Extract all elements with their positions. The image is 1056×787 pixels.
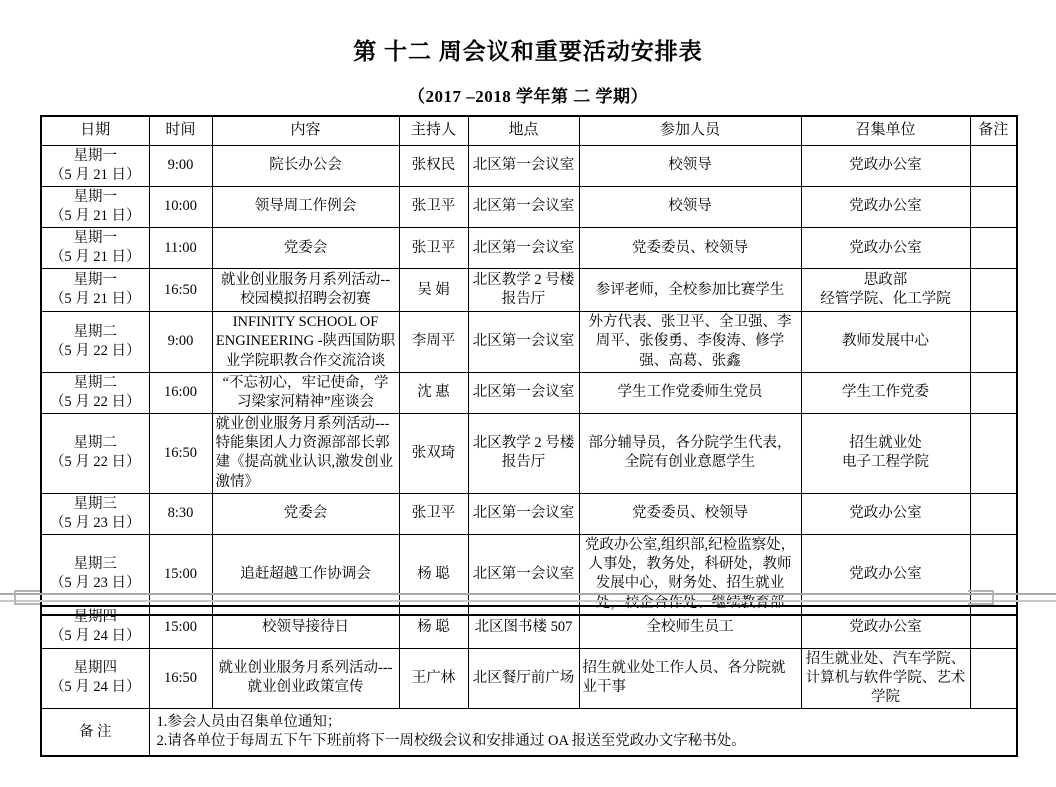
convener-cell: 招生就业处 电子工程学院 bbox=[801, 413, 970, 493]
date-cell: 星期四（5 月 24 日） bbox=[41, 648, 149, 708]
table-row: 星期四（5 月 24 日）16:50就业创业服务月系列活动---就业创业政策宣传… bbox=[41, 648, 1017, 708]
table-row: 星期一（5 月 21 日）11:00党委会张卫平北区第一会议室党委委员、校领导党… bbox=[41, 228, 1017, 269]
date-cell: 星期一（5 月 21 日） bbox=[41, 186, 149, 227]
location-cell: 北区第一会议室 bbox=[468, 186, 579, 227]
page-break-right-bracket bbox=[968, 590, 994, 605]
header-row: 日期时间内容主持人地点参加人员召集单位备注 bbox=[41, 116, 1017, 145]
table-row: 星期三（5 月 23 日）8:30党委会张卫平北区第一会议室党委委员、校领导党政… bbox=[41, 493, 1017, 534]
participants-cell: 招生就业处工作人员、各分院就业干事 bbox=[579, 648, 801, 708]
convener-cell: 党政办公室 bbox=[801, 493, 970, 534]
remark-line: 2.请各单位于每周五下午下班前将下一周校级会议和安排通过 OA 报送至党政办文字… bbox=[157, 732, 1014, 751]
convener-cell: 党政办公室 bbox=[801, 228, 970, 269]
table-row: 星期二（5 月 22 日）16:50就业创业服务月系列活动---特能集团人力资源… bbox=[41, 413, 1017, 493]
note-cell bbox=[970, 372, 1017, 413]
participants-cell: 党委委员、校领导 bbox=[579, 493, 801, 534]
date-cell: 星期一（5 月 21 日） bbox=[41, 145, 149, 186]
date-text: （5 月 21 日） bbox=[45, 290, 146, 309]
page-break-left-bracket bbox=[14, 590, 40, 605]
content-cell: 党委会 bbox=[212, 493, 399, 534]
weekday-text: 星期四 bbox=[45, 608, 146, 627]
note-cell bbox=[970, 312, 1017, 372]
date-text: （5 月 22 日） bbox=[45, 393, 146, 412]
note-cell bbox=[970, 228, 1017, 269]
page-subtitle: （2017 –2018 学年第 二 学期） bbox=[0, 82, 1056, 107]
schedule-table-page1: 日期时间内容主持人地点参加人员召集单位备注 星期一（5 月 21 日）9:00院… bbox=[40, 115, 1018, 616]
note-cell bbox=[970, 186, 1017, 227]
content-cell: 党委会 bbox=[212, 228, 399, 269]
weekday-text: 星期一 bbox=[45, 188, 146, 207]
host-cell: 李周平 bbox=[399, 312, 468, 372]
location-cell: 北区教学 2 号楼 报告厅 bbox=[468, 269, 579, 312]
document-page: 第 十二 周会议和重要活动安排表 （2017 –2018 学年第 二 学期） 日… bbox=[0, 0, 1056, 787]
header-cell: 备注 bbox=[970, 116, 1017, 145]
weekday-text: 星期三 bbox=[45, 495, 146, 514]
date-text: （5 月 22 日） bbox=[45, 453, 146, 472]
date-text: （5 月 23 日） bbox=[45, 514, 146, 533]
convener-cell: 教师发展中心 bbox=[801, 312, 970, 372]
table-row: 星期三（5 月 23 日）15:00追赶超越工作协调会杨 聪北区第一会议室党政办… bbox=[41, 535, 1017, 615]
weekday-text: 星期三 bbox=[45, 555, 146, 574]
remark-content: 1.参会人员由召集单位通知；2.请各单位于每周五下午下班前将下一周校级会议和安排… bbox=[149, 708, 1017, 756]
host-cell: 张双琦 bbox=[399, 413, 468, 493]
host-cell: 杨 聪 bbox=[399, 535, 468, 615]
page-title: 第 十二 周会议和重要活动安排表 bbox=[0, 33, 1056, 66]
participants-cell: 全校师生员工 bbox=[579, 606, 801, 648]
page-break-line-bottom bbox=[0, 600, 1056, 602]
time-cell: 9:00 bbox=[149, 312, 212, 372]
time-cell: 11:00 bbox=[149, 228, 212, 269]
note-cell bbox=[970, 413, 1017, 493]
time-cell: 16:00 bbox=[149, 372, 212, 413]
remark-row: 备 注1.参会人员由召集单位通知；2.请各单位于每周五下午下班前将下一周校级会议… bbox=[41, 708, 1017, 756]
participants-cell: 部分辅导员，各分院学生代表，全院有创业意愿学生 bbox=[579, 413, 801, 493]
time-cell: 9:00 bbox=[149, 145, 212, 186]
date-cell: 星期一（5 月 21 日） bbox=[41, 269, 149, 312]
participants-cell: 党委委员、校领导 bbox=[579, 228, 801, 269]
header-cell: 召集单位 bbox=[801, 116, 970, 145]
table-row: 星期二（5 月 22 日）9:00INFINITY SCHOOL OF ENGI… bbox=[41, 312, 1017, 372]
location-cell: 北区教学 2 号楼 报告厅 bbox=[468, 413, 579, 493]
header-cell: 日期 bbox=[41, 116, 149, 145]
content-cell: 领导周工作例会 bbox=[212, 186, 399, 227]
participants-cell: 校领导 bbox=[579, 145, 801, 186]
remark-line: 1.参会人员由召集单位通知； bbox=[157, 713, 1014, 732]
location-cell: 北区餐厅前广场 bbox=[468, 648, 579, 708]
note-cell bbox=[970, 269, 1017, 312]
weekday-text: 星期一 bbox=[45, 229, 146, 248]
participants-cell: 党政办公室,组织部,纪检监察处，人事处，教务处，科研处，教师发展中心，财务处、招… bbox=[579, 535, 801, 615]
host-cell: 沈 惠 bbox=[399, 372, 468, 413]
date-text: （5 月 23 日） bbox=[45, 574, 146, 593]
host-cell: 张卫平 bbox=[399, 186, 468, 227]
table-row: 星期一（5 月 21 日）10:00领导周工作例会张卫平北区第一会议室校领导党政… bbox=[41, 186, 1017, 227]
content-cell: 追赶超越工作协调会 bbox=[212, 535, 399, 615]
date-text: （5 月 24 日） bbox=[45, 678, 146, 697]
table-row: 星期一（5 月 21 日）16:50就业创业服务月系列活动--校园模拟招聘会初赛… bbox=[41, 269, 1017, 312]
schedule-table-page2: 星期四（5 月 24 日）15:00校领导接待日杨 聪北区图书楼 507全校师生… bbox=[40, 605, 1018, 757]
weekday-text: 星期二 bbox=[45, 434, 146, 453]
header-cell: 参加人员 bbox=[579, 116, 801, 145]
date-cell: 星期四（5 月 24 日） bbox=[41, 606, 149, 648]
convener-cell: 党政办公室 bbox=[801, 535, 970, 615]
date-cell: 星期二（5 月 22 日） bbox=[41, 312, 149, 372]
host-cell: 张权民 bbox=[399, 145, 468, 186]
time-cell: 8:30 bbox=[149, 493, 212, 534]
host-cell: 王广林 bbox=[399, 648, 468, 708]
date-cell: 星期一（5 月 21 日） bbox=[41, 228, 149, 269]
header-cell: 内容 bbox=[212, 116, 399, 145]
host-cell: 杨 聪 bbox=[399, 606, 468, 648]
table-row: 星期二（5 月 22 日）16:00“不忘初心，牢记使命，学习梁家河精神”座谈会… bbox=[41, 372, 1017, 413]
host-cell: 张卫平 bbox=[399, 228, 468, 269]
table-row: 星期四（5 月 24 日）15:00校领导接待日杨 聪北区图书楼 507全校师生… bbox=[41, 606, 1017, 648]
content-cell: INFINITY SCHOOL OF ENGINEERING -陕西国防职业学院… bbox=[212, 312, 399, 372]
date-text: （5 月 24 日） bbox=[45, 627, 146, 646]
location-cell: 北区第一会议室 bbox=[468, 145, 579, 186]
convener-cell: 党政办公室 bbox=[801, 606, 970, 648]
weekday-text: 星期四 bbox=[45, 659, 146, 678]
time-cell: 16:50 bbox=[149, 269, 212, 312]
remark-label: 备 注 bbox=[41, 708, 149, 756]
date-text: （5 月 21 日） bbox=[45, 166, 146, 185]
date-text: （5 月 22 日） bbox=[45, 342, 146, 361]
date-text: （5 月 21 日） bbox=[45, 248, 146, 267]
header-cell: 时间 bbox=[149, 116, 212, 145]
weekday-text: 星期一 bbox=[45, 147, 146, 166]
host-cell: 吴 娟 bbox=[399, 269, 468, 312]
participants-cell: 学生工作党委师生党员 bbox=[579, 372, 801, 413]
time-cell: 10:00 bbox=[149, 186, 212, 227]
time-cell: 15:00 bbox=[149, 535, 212, 615]
location-cell: 北区图书楼 507 bbox=[468, 606, 579, 648]
date-cell: 星期二（5 月 22 日） bbox=[41, 372, 149, 413]
time-cell: 16:50 bbox=[149, 648, 212, 708]
participants-cell: 外方代表、张卫平、全卫强、李周平、张俊勇、李俊涛、修学强、高葛、张鑫 bbox=[579, 312, 801, 372]
convener-cell: 党政办公室 bbox=[801, 186, 970, 227]
date-cell: 星期三（5 月 23 日） bbox=[41, 493, 149, 534]
location-cell: 北区第一会议室 bbox=[468, 493, 579, 534]
content-cell: 就业创业服务月系列活动---就业创业政策宣传 bbox=[212, 648, 399, 708]
time-cell: 15:00 bbox=[149, 606, 212, 648]
location-cell: 北区第一会议室 bbox=[468, 228, 579, 269]
note-cell bbox=[970, 145, 1017, 186]
note-cell bbox=[970, 493, 1017, 534]
date-cell: 星期三（5 月 23 日） bbox=[41, 535, 149, 615]
location-cell: 北区第一会议室 bbox=[468, 312, 579, 372]
page-break-line-top bbox=[0, 593, 1056, 595]
content-cell: 就业创业服务月系列活动--校园模拟招聘会初赛 bbox=[212, 269, 399, 312]
location-cell: 北区第一会议室 bbox=[468, 372, 579, 413]
convener-cell: 党政办公室 bbox=[801, 145, 970, 186]
convener-cell: 招生就业处、汽车学院、计算机与软件学院、艺术学院 bbox=[801, 648, 970, 708]
date-cell: 星期二（5 月 22 日） bbox=[41, 413, 149, 493]
convener-cell: 学生工作党委 bbox=[801, 372, 970, 413]
participants-cell: 校领导 bbox=[579, 186, 801, 227]
convener-cell: 思政部 经管学院、化工学院 bbox=[801, 269, 970, 312]
time-cell: 16:50 bbox=[149, 413, 212, 493]
note-cell bbox=[970, 648, 1017, 708]
note-cell bbox=[970, 606, 1017, 648]
location-cell: 北区第一会议室 bbox=[468, 535, 579, 615]
host-cell: 张卫平 bbox=[399, 493, 468, 534]
participants-cell: 参评老师，全校参加比赛学生 bbox=[579, 269, 801, 312]
weekday-text: 星期二 bbox=[45, 323, 146, 342]
table-row: 星期一（5 月 21 日）9:00院长办公会张权民北区第一会议室校领导党政办公室 bbox=[41, 145, 1017, 186]
content-cell: “不忘初心，牢记使命，学习梁家河精神”座谈会 bbox=[212, 372, 399, 413]
header-cell: 地点 bbox=[468, 116, 579, 145]
weekday-text: 星期一 bbox=[45, 271, 146, 290]
header-cell: 主持人 bbox=[399, 116, 468, 145]
date-text: （5 月 21 日） bbox=[45, 207, 146, 226]
weekday-text: 星期二 bbox=[45, 374, 146, 393]
content-cell: 院长办公会 bbox=[212, 145, 399, 186]
content-cell: 校领导接待日 bbox=[212, 606, 399, 648]
content-cell: 就业创业服务月系列活动---特能集团人力资源部部长郭建《提高就业认识,激发创业激… bbox=[212, 413, 399, 493]
